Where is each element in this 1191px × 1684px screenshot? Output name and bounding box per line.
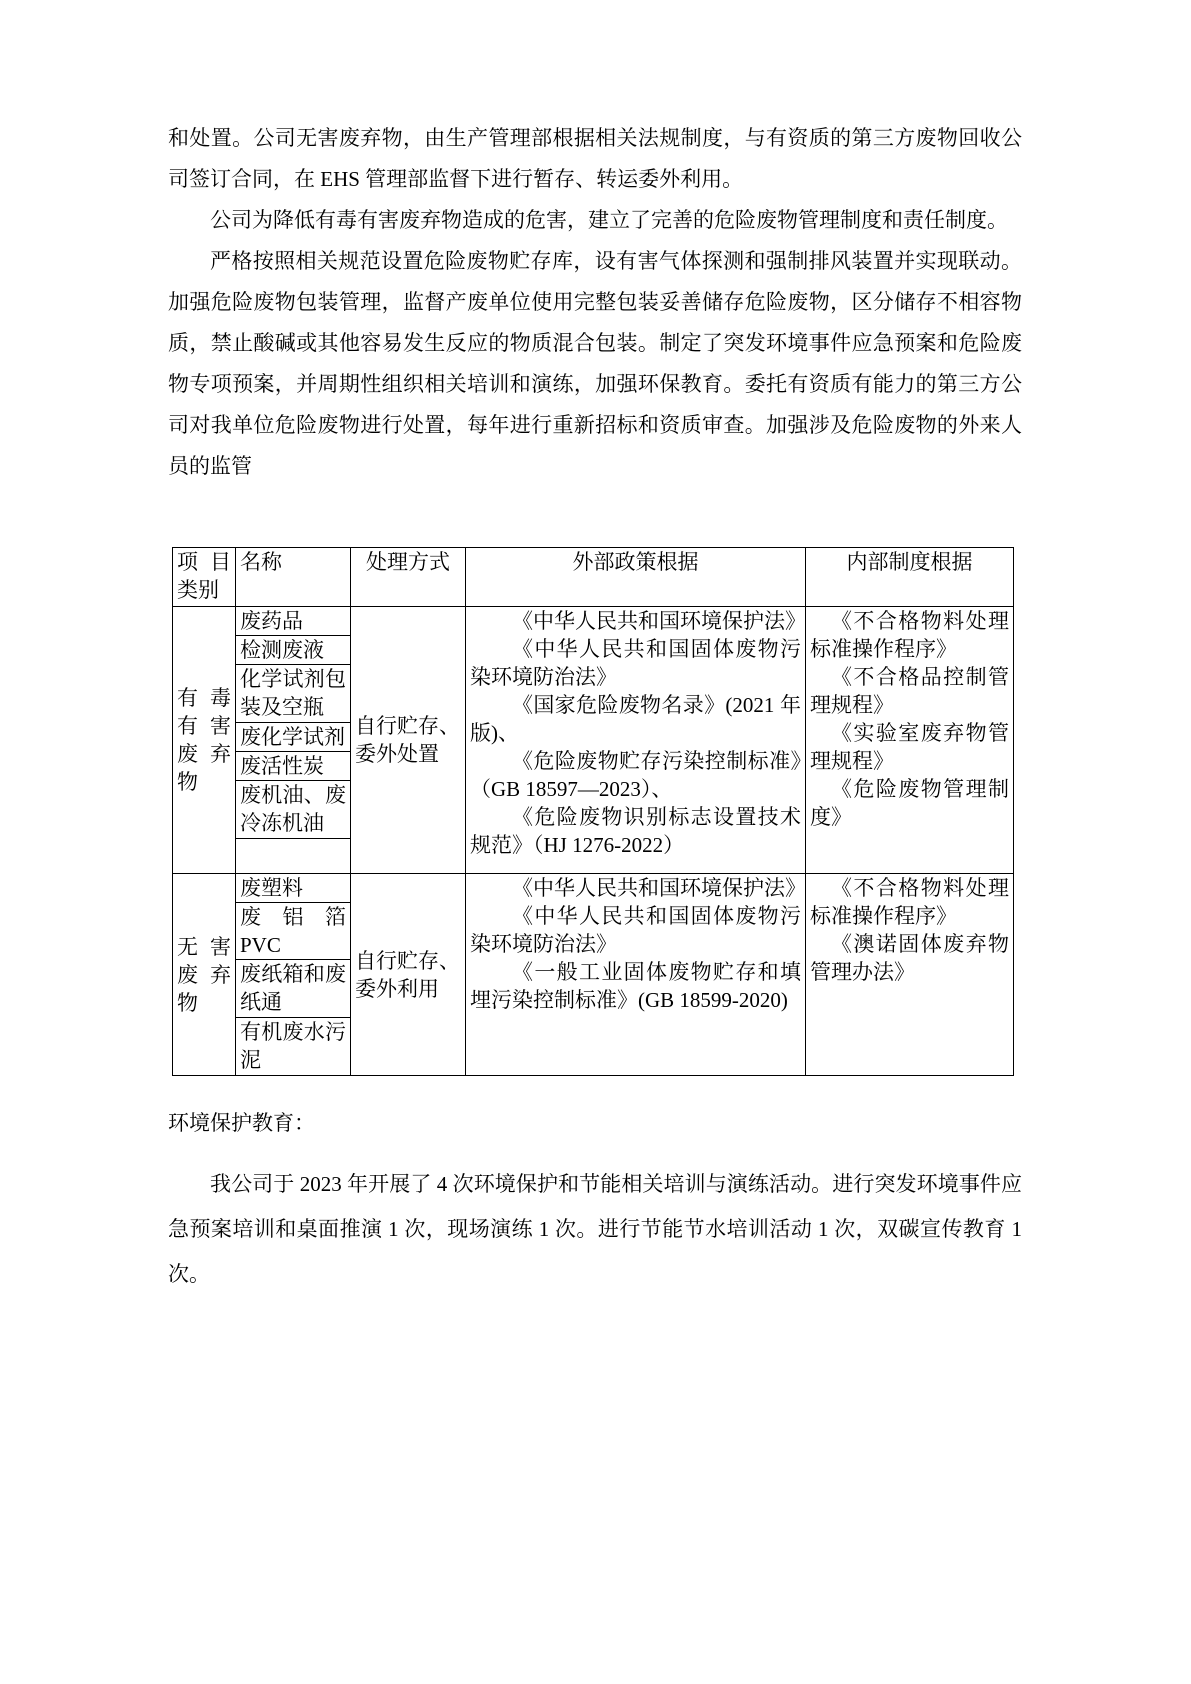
cell-name-empty (236, 839, 351, 874)
table-header-row: 项目类别 名称 处理方式 外部政策根据 内部制度根据 (173, 548, 1014, 607)
law-item: 《中华人民共和国环境保护法》 (470, 874, 801, 902)
law-item: 《国家危险废物名录》(2021 年版)、 (470, 691, 801, 747)
paragraph-environment-education: 我公司于 2023 年开展了 4 次环境保护和节能相关培训与演练活动。进行突发环… (168, 1162, 1022, 1297)
cell-external-policies-hazardous: 《中华人民共和国环境保护法》 《中华人民共和国固体废物污染环境防治法》 《国家危… (466, 607, 806, 874)
paragraph-hazardous-system: 公司为降低有毒有害废弃物造成的危害，建立了完善的危险废物管理制度和责任制度。 (168, 200, 1022, 241)
col-header-name: 名称 (236, 548, 351, 607)
cell-name: 废药品 (236, 607, 351, 636)
cell-name: 废铝箔 PVC (236, 903, 351, 960)
col-header-method: 处理方式 (351, 548, 466, 607)
law-item: 《危险废物识别标志设置技术规范》（HJ 1276-2022） (470, 803, 801, 859)
cell-name: 废活性炭 (236, 752, 351, 781)
col-header-category: 项目类别 (173, 548, 236, 607)
cell-name: 废化学试剂 (236, 723, 351, 752)
cell-internal-policies-nonhazardous: 《不合格物料处理标准操作程序》 《澳诺固体废弃物管理办法》 (806, 874, 1014, 1076)
section-heading-environment-education: 环境保护教育： (168, 1108, 1022, 1138)
body-text: 和处置。公司无害废弃物，由生产管理部根据相关法规制度，与有资质的第三方废物回收公… (168, 118, 1022, 487)
cell-name: 废机油、废冷冻机油 (236, 781, 351, 839)
cell-internal-policies-hazardous: 《不合格物料处理标准操作程序》 《不合格品控制管理规程》 《实验室废弃物管理规程… (806, 607, 1014, 874)
cell-category-hazardous: 有毒有害废弃物 (173, 607, 236, 874)
law-item: 《危险废物贮存污染控制标准》（GB 18597—2023）、 (470, 747, 801, 803)
law-item: 《中华人民共和国环境保护法》 (470, 607, 801, 635)
cell-method-hazardous: 自行贮存、委外处置 (351, 607, 466, 874)
regulation-item: 《不合格品控制管理规程》 (810, 663, 1009, 719)
cell-name: 废纸箱和废纸通 (236, 960, 351, 1018)
cell-category-nonhazardous: 无害废弃物 (173, 874, 236, 1076)
regulation-item: 《实验室废弃物管理规程》 (810, 719, 1009, 775)
regulation-item: 《澳诺固体废弃物管理办法》 (810, 930, 1009, 986)
regulation-item: 《不合格物料处理标准操作程序》 (810, 874, 1009, 930)
regulation-item: 《危险废物管理制度》 (810, 775, 1009, 831)
table-row: 无害废弃物 废塑料 自行贮存、委外利用 《中华人民共和国环境保护法》 《中华人民… (173, 874, 1014, 903)
col-header-internal-policy: 内部制度根据 (806, 548, 1014, 607)
document-page: 和处置。公司无害废弃物，由生产管理部根据相关法规制度，与有资质的第三方废物回收公… (0, 0, 1191, 1684)
cell-external-policies-nonhazardous: 《中华人民共和国环境保护法》 《中华人民共和国固体废物污染环境防治法》 《一般工… (466, 874, 806, 1076)
law-item: 《一般工业固体废物贮存和填埋污染控制标准》(GB 18599-2020) (470, 958, 801, 1014)
cell-name: 有机废水污泥 (236, 1018, 351, 1076)
paragraph-hazardous-management: 严格按照相关规范设置危险废物贮存库，设有害气体探测和强制排风装置并实现联动。加强… (168, 241, 1022, 487)
table-row: 有毒有害废弃物 废药品 自行贮存、委外处置 《中华人民共和国环境保护法》 《中华… (173, 607, 1014, 636)
paragraph-waste-disposal: 和处置。公司无害废弃物，由生产管理部根据相关法规制度，与有资质的第三方废物回收公… (168, 118, 1022, 200)
law-item: 《中华人民共和国固体废物污染环境防治法》 (470, 635, 801, 691)
waste-table-container: 项目类别 名称 处理方式 外部政策根据 内部制度根据 有毒有害废弃物 废药品 自… (172, 547, 1013, 1076)
cell-name: 废塑料 (236, 874, 351, 903)
col-header-external-policy: 外部政策根据 (466, 548, 806, 607)
cell-name: 化学试剂包装及空瓶 (236, 665, 351, 723)
cell-name: 检测废液 (236, 636, 351, 665)
cell-method-nonhazardous: 自行贮存、委外利用 (351, 874, 466, 1076)
waste-table: 项目类别 名称 处理方式 外部政策根据 内部制度根据 有毒有害废弃物 废药品 自… (172, 547, 1014, 1076)
law-item: 《中华人民共和国固体废物污染环境防治法》 (470, 902, 801, 958)
regulation-item: 《不合格物料处理标准操作程序》 (810, 607, 1009, 663)
